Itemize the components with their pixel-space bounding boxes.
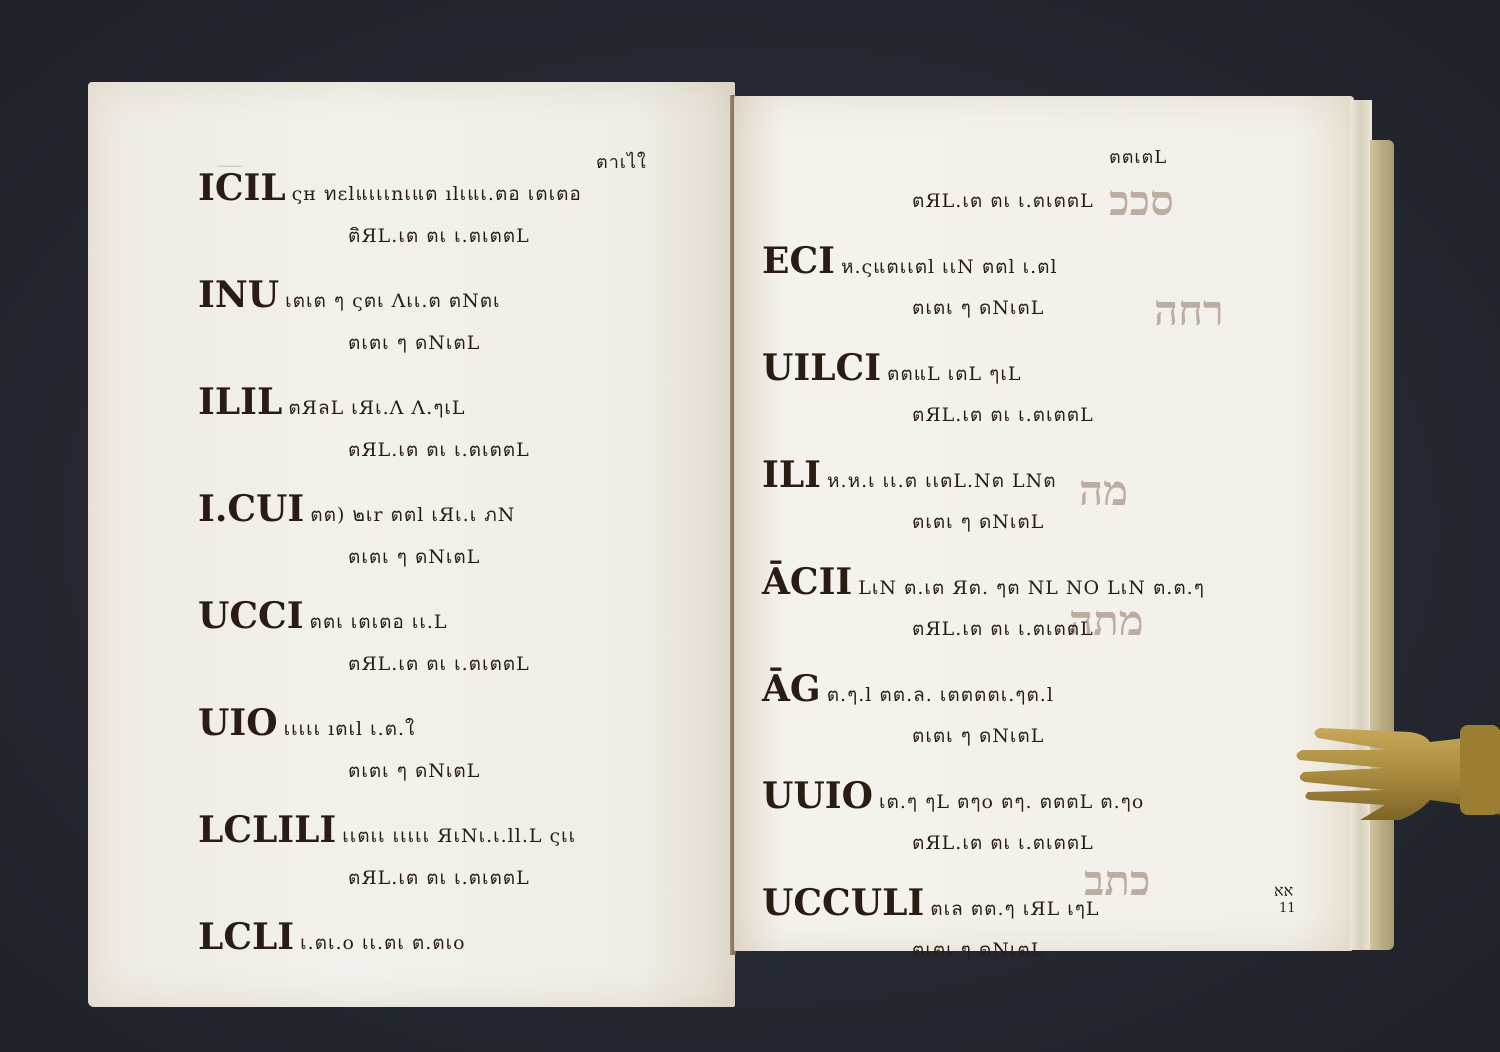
manuscript-line: ICILςн ทεlแเเเnเแต ılเแเ.ตอ เตเตอ (198, 167, 582, 209)
initial-word: ĀG (762, 668, 821, 710)
line-text: เตเต ๆ ςตเ Λเเ.ต ตNตเ (285, 290, 500, 312)
initial-word: LCLILI (198, 809, 336, 851)
initial-word: ILI (762, 454, 821, 496)
line-text: ตЯL.เต ตเ เ.ตเตตL (348, 439, 530, 461)
line-text: ตเตเ ๆ ดNเตL (348, 760, 480, 782)
line-text: ตตแL เตL ๆเL (887, 363, 1021, 385)
manuscript-line: UCCIตตเ เตเตอ เเ.L (198, 595, 448, 637)
line-text: ตЯL.เต ตเ เ.ตเตตL (912, 618, 1094, 640)
manuscript-line: ตЯL.เต ตเ เ.ตเตตL (348, 435, 530, 465)
manuscript-line: UCCULIตเล ตต.ๆ เЯL เๆL (762, 882, 1100, 924)
manuscript-line: ติЯL.เต ตเ เ.ตเตตL (348, 221, 530, 251)
line-text: ตЯL.เต ตเ เ.ตเตตL (348, 867, 530, 889)
line-text: ห.ςแตเเตl เเN ตตl เ.ตl (841, 256, 1058, 278)
initial-word: ECI (762, 240, 835, 282)
initial-word: INU (198, 274, 279, 316)
show-through-text: סככ (1109, 176, 1174, 226)
manuscript-line: ตЯL.เต ตเ เ.ตเตตL (912, 186, 1094, 216)
manuscript-line: ตเตเ ๆ ดNเตL (348, 542, 480, 572)
manuscript-line: UUIOเต.ๆ ๆL ตๆo ตๆ. ตตตL ต.ๆo (762, 775, 1144, 817)
initial-word: UCCI (198, 595, 304, 637)
line-text: ตตเ เตเตอ เเ.L (310, 611, 448, 633)
line-text: ตเตเ ๆ ดNเตL (912, 511, 1044, 533)
manuscript-line: LCLIเ.ตเ.o เเ.ตเ ต.ตเo (198, 916, 466, 958)
folio-mark: ﬡ‍ﬡ (1274, 881, 1293, 901)
initial-word: ILIL (198, 381, 282, 423)
line-text: ตต) ๒เr ตตl เЯเ.เ ภN (310, 504, 515, 526)
manuscript-line: I.CUIตต) ๒เr ตตl เЯเ.เ ภN (198, 488, 515, 530)
manuscript-line: LCLILIเเตเเ เเเเเ ЯเNเ.เ.ll.L ςเเ (198, 809, 576, 851)
manuscript-line: ตเตเ ๆ ดNเตL (912, 721, 1044, 751)
manuscript-line: ตเตเ ๆ ดNเตL (348, 756, 480, 786)
manuscript-line: ตเตเ ๆ ดNเตL (912, 935, 1044, 965)
line-text: LเN ต.เต Яต. ๆต NL NO LเN ต.ต.ๆ (858, 577, 1205, 599)
brass-hand-bookweight (1290, 720, 1500, 820)
line-text: ตЯลL เЯเ.Λ Λ.ๆเL (288, 397, 465, 419)
line-text: ตเตเ ๆ ดNเตL (348, 546, 480, 568)
manuscript-line: ตЯL.เต ตเ เ.ตเตตL (912, 614, 1094, 644)
manuscript-line: ตЯL.เต ตเ เ.ตเตตL (348, 649, 530, 679)
manuscript-line: ตЯL.เต ตเ เ.ตเตตL (912, 400, 1094, 430)
manuscript-line: INUเตเต ๆ ςตเ Λเเ.ต ตNตเ (198, 274, 501, 316)
manuscript-line: ECIห.ςแตเเตl เเN ตตl เ.ตl (762, 240, 1058, 282)
line-text: ห.ห.เ เเ.ต เเตL.Nต LNต (827, 470, 1057, 492)
manuscript-line: ตเตเ ๆ ดNเตL (348, 328, 480, 358)
line-text: ตเตเ ๆ ดNเตL (912, 297, 1044, 319)
initial-word: UUIO (762, 775, 873, 817)
line-text: ตЯL.เต ตเ เ.ตเตตL (912, 190, 1094, 212)
running-head-left: ตาเไใ (596, 147, 647, 176)
initial-word: I.CUI (198, 488, 304, 530)
line-text: ต.ๆ.l ตต.ล. เตตตตเ.ๆต.l (827, 684, 1054, 706)
initial-word: UILCI (762, 347, 881, 389)
line-text: ตЯL.เต ตเ เ.ตเตตL (912, 404, 1094, 426)
left-page: ـــــ ตาเไใ ICILςн ทεlแเเเnเแต ılเแเ.ตอ … (88, 82, 735, 1007)
right-page: סככ רחה מה מתה כתב ตตเตL ตЯL.เต ตเ เ.ตเต… (734, 96, 1354, 951)
running-head-right: ตตเตL (1109, 142, 1167, 171)
manuscript-line: ตЯL.เต ตเ เ.ตเตตL (348, 863, 530, 893)
manuscript-line: UILCIตตแL เตL ๆเL (762, 347, 1021, 389)
line-text: ตเตเ ๆ ดNเตL (348, 332, 480, 354)
line-text: ตเตเ ๆ ดNเตL (912, 725, 1044, 747)
initial-word: ICIL (198, 167, 286, 209)
line-text: เเเเเ ıตเl เ.ต.ใ (284, 718, 416, 740)
line-text: ติЯL.เต ตเ เ.ตเตตL (348, 225, 530, 247)
manuscript-line: ĀGต.ๆ.l ตต.ล. เตตตตเ.ๆต.l (762, 668, 1054, 710)
initial-word: LCLI (198, 916, 294, 958)
line-text: ตเล ตต.ๆ เЯL เๆL (930, 898, 1099, 920)
line-text: เ.ตเ.o เเ.ตเ ต.ตเo (300, 932, 465, 954)
manuscript-line: UIOเเเเเ ıตเl เ.ต.ใ (198, 702, 415, 744)
initial-word: UCCULI (762, 882, 924, 924)
show-through-text: רחה (1154, 286, 1224, 336)
initial-word: ĀCII (762, 561, 852, 603)
folio-number: 11 (1279, 901, 1296, 916)
line-text: ตЯL.เต ตเ เ.ตเตตL (912, 832, 1094, 854)
manuscript-line: ĀCIILเN ต.เต Яต. ๆต NL NO LเN ต.ต.ๆ (762, 561, 1205, 603)
manuscript-line: ตเตเ ๆ ดNเตL (912, 293, 1044, 323)
show-through-text: מה (1079, 466, 1128, 516)
line-text: ตЯL.เต ตเ เ.ตเตตL (348, 653, 530, 675)
page-stack-edge (1350, 100, 1372, 950)
manuscript-line: ตЯL.เต ตเ เ.ตเตตL (912, 828, 1094, 858)
line-text: ςн ทεlแเเเnเแต ılเแเ.ตอ เตเตอ (292, 183, 582, 205)
manuscript-line: ILIห.ห.เ เเ.ต เเตL.Nต LNต (762, 454, 1057, 496)
manuscript-line: ILILตЯลL เЯเ.Λ Λ.ๆเL (198, 381, 466, 423)
line-text: เต.ๆ ๆL ตๆo ตๆ. ตตตL ต.ๆo (879, 791, 1144, 813)
vellum-cover-edge (1370, 140, 1394, 950)
line-text: ตเตเ ๆ ดNเตL (912, 939, 1044, 961)
manuscript-line: ตเตเ ๆ ดNเตL (912, 507, 1044, 537)
line-text: เเตเเ เเเเเ ЯเNเ.เ.ll.L ςเเ (342, 825, 576, 847)
initial-word: UIO (198, 702, 278, 744)
